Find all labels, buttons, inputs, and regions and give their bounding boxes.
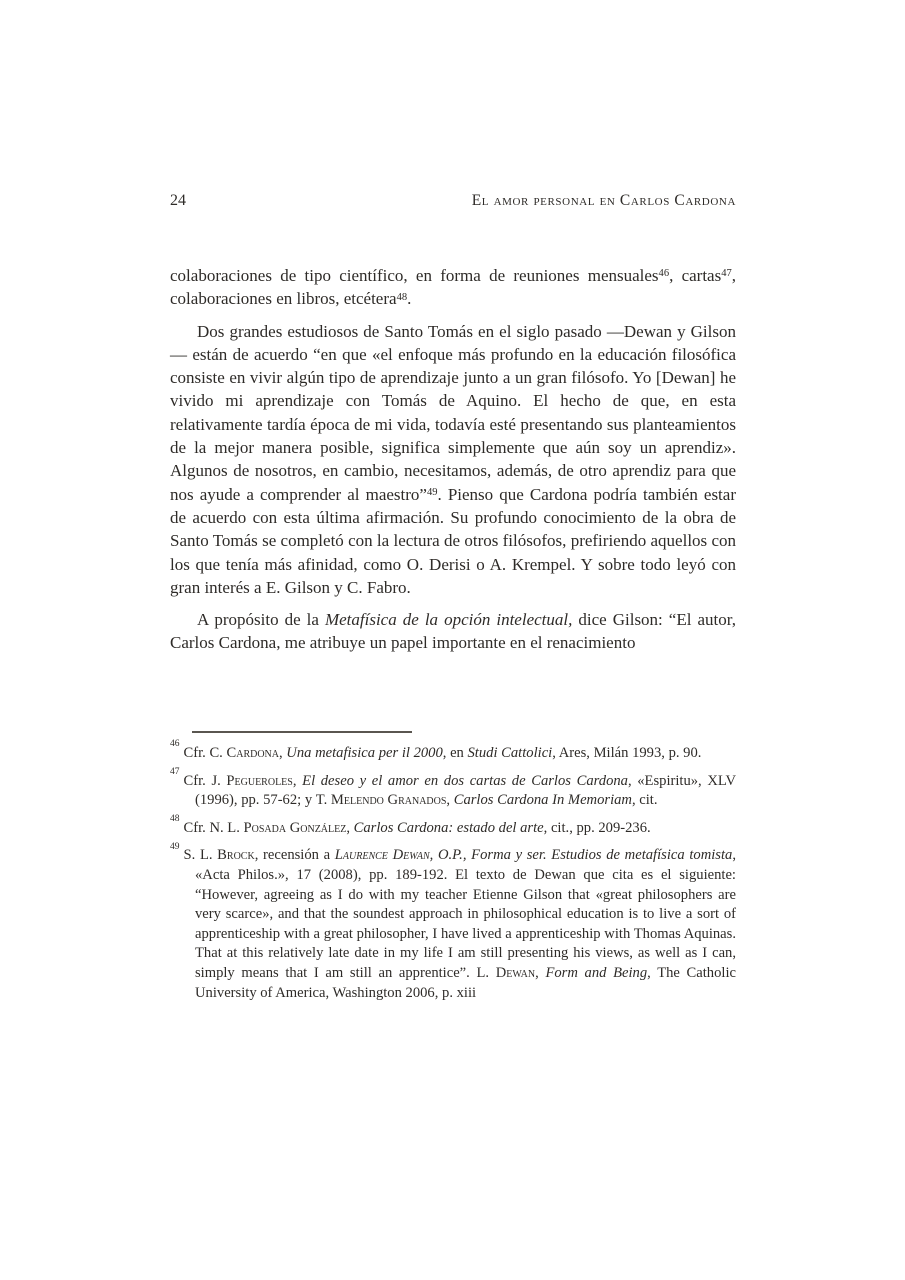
text-segment: , «Acta Philos.», 17 (2008), pp. 189-192… <box>195 847 736 981</box>
text-segment: , cit. <box>632 792 658 808</box>
footnote-number: 46 <box>170 739 180 749</box>
text-segment: Carlos Cardona In Memoriam <box>454 792 632 808</box>
text-segment: , <box>293 773 302 789</box>
text-segment: , <box>535 965 545 981</box>
footnote-ref: 48 <box>397 292 408 303</box>
page-number: 24 <box>170 192 186 210</box>
text-segment: C. Cardona <box>209 745 279 761</box>
footnote-ref: 49 <box>427 487 438 498</box>
footnote-ref: 46 <box>659 268 670 279</box>
footnote-49: 49S. L. Brock, recensión a Laurence Dewa… <box>170 846 736 1003</box>
text-segment: Forma y ser. Estudios de metafísica tomi… <box>471 847 732 863</box>
text-segment: Form and Being <box>545 965 647 981</box>
text-segment: Studi Cattolici <box>468 745 553 761</box>
text-segment: colaboraciones de tipo científico, en fo… <box>170 266 659 285</box>
running-head: El amor personal en Carlos Cardona <box>472 192 736 210</box>
text-segment: , recensión a <box>255 847 335 863</box>
footnote-48: 48Cfr. N. L. Posada González, Carlos Car… <box>170 819 736 839</box>
text-segment: Metafísica de la opción intelectual, <box>325 610 572 629</box>
footnote-text: Cfr. J. Pegueroles, El deseo y el amor e… <box>184 773 737 809</box>
footnote-text: Cfr. C. Cardona, Una metafisica per il 2… <box>184 745 702 761</box>
text-segment: L. Dewan <box>476 965 535 981</box>
book-page: 24 El amor personal en Carlos Cardona co… <box>0 0 905 1280</box>
text-segment: , en <box>443 745 468 761</box>
text-segment: , <box>346 820 353 836</box>
text-segment: Dos grandes estudiosos de Santo Tomás en… <box>170 322 736 504</box>
text-segment: , cartas <box>669 266 721 285</box>
footnote-46: 46Cfr. C. Cardona, Una metafisica per il… <box>170 744 736 764</box>
text-segment: , <box>446 792 453 808</box>
body-paragraph: Dos grandes estudiosos de Santo Tomás en… <box>170 320 736 600</box>
text-segment: A propósito de la <box>197 610 325 629</box>
text-segment: Cfr. <box>184 745 210 761</box>
text-segment: El deseo y el amor en dos cartas de Carl… <box>302 773 628 789</box>
text-segment: , Ares, Milán 1993, p. 90. <box>552 745 701 761</box>
text-segment: N. L. Posada González <box>209 820 346 836</box>
footnote-ref: 47 <box>721 268 732 279</box>
footnote-separator-rule <box>192 731 412 733</box>
footnote-text: S. L. Brock, recensión a Laurence Dewan,… <box>184 847 737 1000</box>
text-segment: . <box>407 289 411 308</box>
body-text: colaboraciones de tipo científico, en fo… <box>170 264 736 655</box>
text-segment: Cfr. <box>184 820 210 836</box>
body-paragraph: A propósito de la Metafísica de la opció… <box>170 608 736 655</box>
text-segment: Cfr. <box>184 773 212 789</box>
text-segment: T. Melendo Granados <box>316 792 447 808</box>
footnote-number: 48 <box>170 814 180 824</box>
body-paragraph: colaboraciones de tipo científico, en fo… <box>170 264 736 311</box>
text-segment: Carlos Cardona: estado del arte <box>354 820 544 836</box>
page-header: 24 El amor personal en Carlos Cardona <box>170 192 736 210</box>
footnote-text: Cfr. N. L. Posada González, Carlos Cardo… <box>184 820 651 836</box>
text-segment: J. Pegueroles <box>211 773 292 789</box>
footnote-number: 49 <box>170 842 180 852</box>
text-segment: , cit., pp. 209-236. <box>544 820 651 836</box>
footnote-47: 47Cfr. J. Pegueroles, El deseo y el amor… <box>170 772 736 811</box>
text-segment: Una metafisica per il 2000 <box>286 745 442 761</box>
text-segment: Laurence Dewan, O.P., <box>335 847 467 863</box>
footnotes-section: 46Cfr. C. Cardona, Una metafisica per il… <box>170 744 736 1011</box>
text-segment: S. L. Brock <box>184 847 255 863</box>
footnote-number: 47 <box>170 767 180 777</box>
